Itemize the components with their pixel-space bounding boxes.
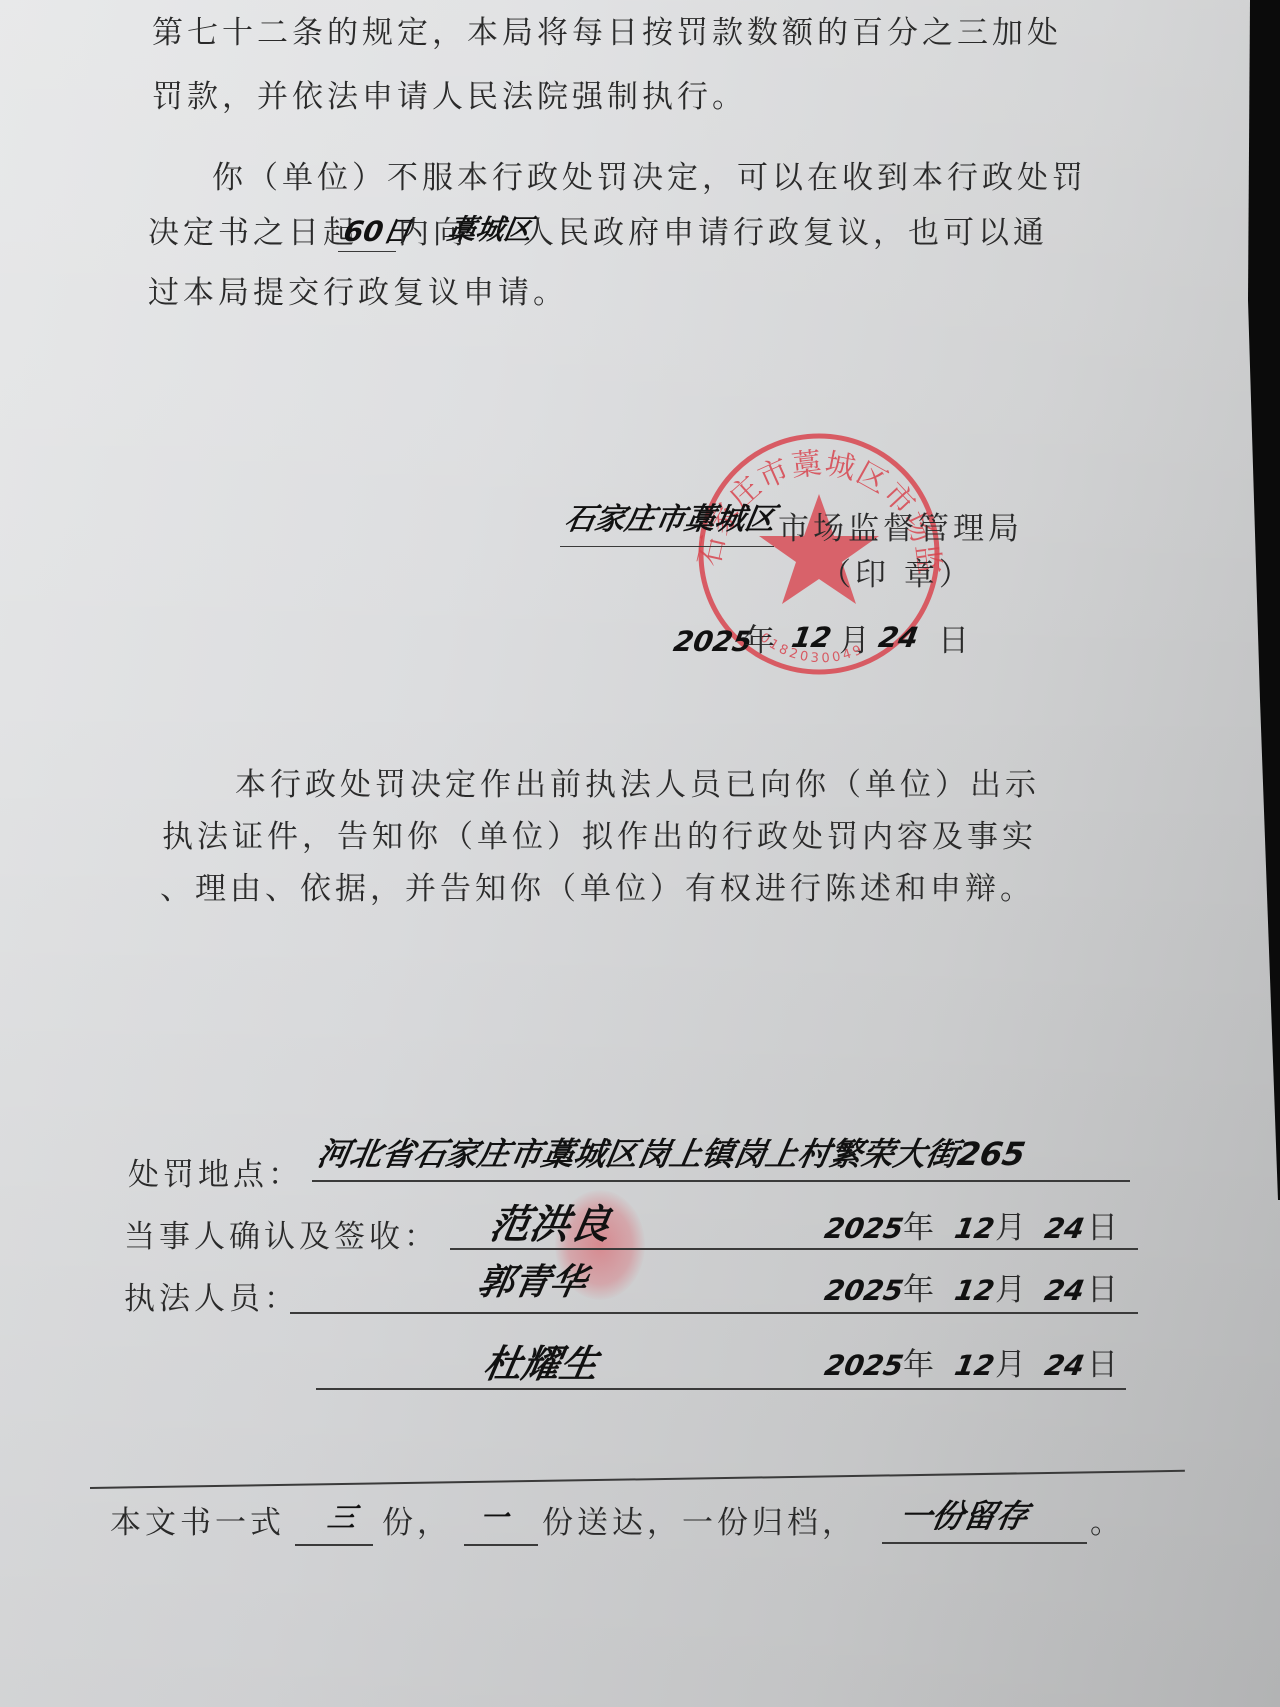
footer-part2: 份送达，一份归档，: [542, 1508, 857, 1539]
issuer-month-label: 月: [839, 626, 874, 657]
footer-retained-handwritten: 一份留存: [897, 1500, 1031, 1532]
retained-underline: [882, 1542, 1087, 1544]
notice-line1: 本行政处罚决定作出前执法人员已向你（单位）出示: [235, 770, 1040, 801]
paragraph2-line3: 过本局提交行政复议申请。: [148, 278, 568, 309]
paragraph2-line1: 你（单位）不服本行政处罚决定，可以在收到本行政处罚: [212, 163, 1087, 194]
footer-part1: 份，: [382, 1508, 452, 1539]
footer-prefix: 本文书一式: [110, 1508, 285, 1539]
officer2-year-label: 年: [903, 1350, 938, 1381]
officer2-day: 24: [1043, 1352, 1087, 1380]
officer1-day-label: 日: [1087, 1275, 1122, 1306]
party-year-label: 年: [903, 1213, 938, 1244]
issuer-agency: 市场监督管理局: [778, 514, 1023, 545]
officer1-underline: [290, 1312, 1138, 1314]
issuer-seal-label: （印 章）: [820, 560, 974, 591]
party-day: 24: [1043, 1215, 1087, 1243]
delivered-underline: [464, 1544, 538, 1546]
government-handwritten: 藁城区: [446, 216, 535, 244]
notice-line3: 、理由、依据，并告知你（单位）有权进行陈述和申辩。: [160, 874, 1035, 905]
issuer-year-handwritten: 2025: [672, 628, 755, 656]
copies-underline: [295, 1544, 373, 1546]
party-underline: [450, 1248, 1138, 1250]
location-handwritten: 河北省石家庄市藁城区岗上镇岗上村繁荣大街265: [315, 1138, 1027, 1170]
officer1-year-label: 年: [903, 1275, 938, 1306]
party-month: 12: [953, 1215, 997, 1243]
officer2-day-label: 日: [1087, 1350, 1122, 1381]
issuer-year-label: 年: [744, 626, 779, 657]
party-year: 2025: [823, 1215, 906, 1243]
footer-copies: 本文书一式 三 份， 一 份送达，一份归档， 一份留存 。: [110, 1508, 1190, 1558]
officer2-signature: 杜耀生: [481, 1345, 602, 1383]
days-underline: [338, 251, 396, 252]
issuer-underline: [560, 546, 774, 547]
issuer-region-handwritten: 石家庄市藁城区: [562, 505, 777, 535]
party-month-label: 月: [995, 1213, 1030, 1244]
footer-copies-handwritten: 三: [326, 1504, 359, 1532]
paragraph1-line2: 罚款，并依法申请人民法院强制执行。: [152, 82, 747, 113]
location-underline: [312, 1180, 1130, 1182]
paragraph1-line1: 第七十二条的规定，本局将每日按罚款数额的百分之三加处: [152, 18, 1062, 49]
officer2-underline: [316, 1388, 1126, 1390]
officer2-year: 2025: [823, 1352, 906, 1380]
footer-end: 。: [1090, 1508, 1125, 1539]
location-label: 处罚地点：: [128, 1160, 303, 1191]
line2-prefix: 决定书之日起: [148, 218, 358, 249]
officer1-month: 12: [953, 1277, 997, 1305]
issuer-day-handwritten: 24: [877, 624, 921, 652]
officer1-month-label: 月: [995, 1275, 1030, 1306]
officer1-signature: 郭青华: [475, 1265, 589, 1301]
issuer-day-label: 日: [938, 626, 973, 657]
notice-line2: 执法证件，告知你（单位）拟作出的行政处罚内容及事实: [162, 822, 1037, 853]
party-day-label: 日: [1087, 1213, 1122, 1244]
officer1-day: 24: [1043, 1277, 1087, 1305]
officer2-month-label: 月: [995, 1350, 1030, 1381]
officer-label: 执法人员：: [124, 1284, 299, 1315]
party-signature: 范洪良: [486, 1205, 613, 1245]
officer2-month: 12: [953, 1352, 997, 1380]
footer-delivered-handwritten: 一: [478, 1504, 511, 1532]
party-label: 当事人确认及签收：: [124, 1222, 439, 1253]
officer1-year: 2025: [823, 1277, 906, 1305]
line2-suffix: 人民政府申请行政复议，也可以通: [523, 218, 1048, 249]
issuer-month-handwritten: 12: [790, 624, 834, 652]
